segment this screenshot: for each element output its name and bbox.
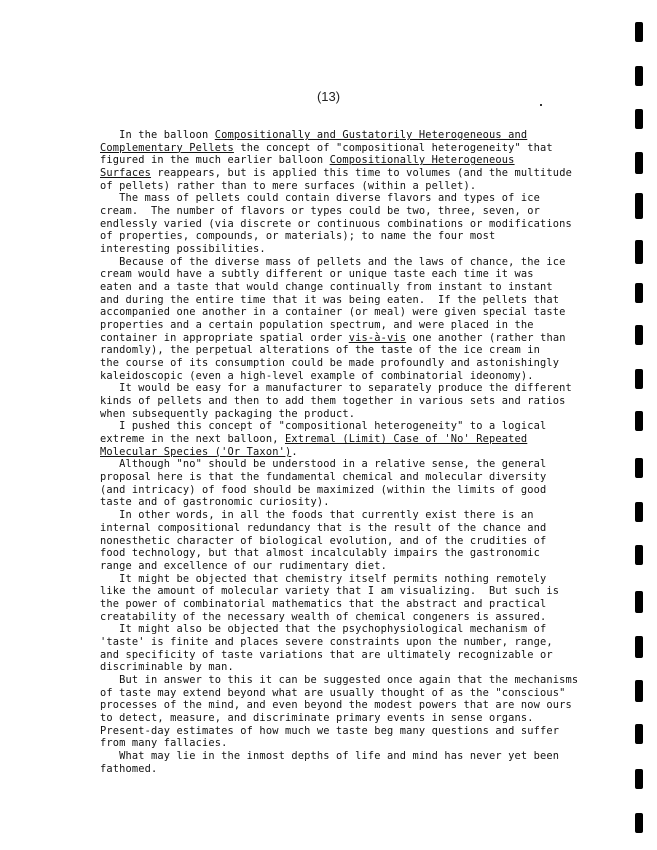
text-run: reappears, but is applied this time to v… xyxy=(151,167,572,179)
edge-mark xyxy=(635,813,643,833)
text-run: like the amount of molecular variety tha… xyxy=(100,585,559,597)
text-line: In other words, in all the foods that cu… xyxy=(100,509,600,522)
text-line: I pushed this concept of "compositional … xyxy=(100,420,600,433)
text-run: from many fallacies. xyxy=(100,737,228,749)
text-line: figured in the much earlier balloon Comp… xyxy=(100,154,600,167)
text-line: the power of combinatorial mathematics t… xyxy=(100,598,600,611)
text-line: kinds of pellets and then to add them to… xyxy=(100,395,600,408)
text-run: processes of the mind, and even beyond t… xyxy=(100,699,572,711)
edge-mark xyxy=(635,591,643,613)
edge-mark xyxy=(635,458,643,478)
text-line: It might be objected that chemistry itse… xyxy=(100,573,600,586)
text-run: 'taste' is finite and places severe cons… xyxy=(100,636,553,648)
text-run: of taste may extend beyond what are usua… xyxy=(100,687,566,699)
text-run: the course of its consumption could be m… xyxy=(100,357,559,369)
document-body: In the balloon Compositionally and Gusta… xyxy=(100,129,600,775)
text-run: interesting possibilities. xyxy=(100,243,266,255)
text-line: container in appropriate spatial order v… xyxy=(100,332,600,345)
text-run: accompanied one another in a container (… xyxy=(100,306,566,318)
text-run: fathomed. xyxy=(100,763,157,775)
text-run: of pellets) rather than to mere surfaces… xyxy=(100,180,476,192)
edge-mark xyxy=(635,66,643,86)
text-line: Present-day estimates of how much we tas… xyxy=(100,725,600,738)
text-run: of properties, compounds, or materials);… xyxy=(100,230,495,242)
text-line: In the balloon Compositionally and Gusta… xyxy=(100,129,600,142)
text-line: range and excellence of our rudimentary … xyxy=(100,560,600,573)
text-run: (and intricacy) of food should be maximi… xyxy=(100,484,546,496)
edge-mark xyxy=(635,680,643,702)
text-line: Surfaces reappears, but is applied this … xyxy=(100,167,600,180)
text-run: What may lie in the inmost depths of lif… xyxy=(100,750,559,762)
text-run: Although "no" should be understood in a … xyxy=(100,458,546,470)
text-run: Because of the diverse mass of pellets a… xyxy=(100,256,566,268)
text-line: The mass of pellets could contain divers… xyxy=(100,192,600,205)
edge-mark xyxy=(635,636,643,658)
edge-mark xyxy=(635,369,643,389)
text-run: figured in the much earlier balloon xyxy=(100,154,330,166)
text-run: extreme in the next balloon, xyxy=(100,433,285,445)
edge-mark xyxy=(635,325,643,345)
text-line: fathomed. xyxy=(100,763,600,776)
text-run: the power of combinatorial mathematics t… xyxy=(100,598,546,610)
underlined-title: Extremal (Limit) Case of 'No' Repeated xyxy=(285,433,527,445)
text-run: range and excellence of our rudimentary … xyxy=(100,560,387,572)
text-run: one another (rather than xyxy=(406,332,565,344)
edge-mark xyxy=(635,724,643,744)
text-line: like the amount of molecular variety tha… xyxy=(100,585,600,598)
text-line: Molecular Species ('Or Taxon'). xyxy=(100,446,600,459)
underlined-title: Molecular Species ('Or Taxon') xyxy=(100,446,291,458)
text-line: and specificity of taste variations that… xyxy=(100,649,600,662)
edge-mark xyxy=(635,240,643,264)
text-run: food technology, but that almost incalcu… xyxy=(100,547,540,559)
text-run: randomly), the perpetual alterations of … xyxy=(100,344,540,356)
edge-mark xyxy=(635,193,643,219)
text-line: when subsequently packaging the product. xyxy=(100,408,600,421)
text-line: of taste may extend beyond what are usua… xyxy=(100,687,600,700)
stray-mark xyxy=(540,104,542,106)
binding-edge-marks xyxy=(633,0,653,850)
text-run: In the balloon xyxy=(100,129,215,141)
text-line: Although "no" should be understood in a … xyxy=(100,458,600,471)
text-line: endlessly varied (via discrete or contin… xyxy=(100,218,600,231)
underlined-title: Complementary Pellets xyxy=(100,142,234,154)
text-run: endlessly varied (via discrete or contin… xyxy=(100,218,572,230)
edge-mark xyxy=(635,283,643,303)
text-run: The mass of pellets could contain divers… xyxy=(100,192,540,204)
edge-mark xyxy=(635,545,643,565)
edge-mark xyxy=(635,109,643,129)
text-line: proposal here is that the fundamental ch… xyxy=(100,471,600,484)
text-line: Because of the diverse mass of pellets a… xyxy=(100,256,600,269)
underlined-title: vis-à-vis xyxy=(349,332,406,344)
text-line: accompanied one another in a container (… xyxy=(100,306,600,319)
text-line: of properties, compounds, or materials);… xyxy=(100,230,600,243)
text-run: kinds of pellets and then to add them to… xyxy=(100,395,566,407)
text-run: taste and of gastronomic curiosity). xyxy=(100,496,330,508)
edge-mark xyxy=(635,411,643,431)
text-line: eaten and a taste that would change cont… xyxy=(100,281,600,294)
text-run: to detect, measure, and discriminate pri… xyxy=(100,712,534,724)
text-run: discriminable by man. xyxy=(100,661,234,673)
underlined-title: Compositionally and Gustatorily Heteroge… xyxy=(215,129,528,141)
edge-mark xyxy=(635,152,643,174)
text-line: Complementary Pellets the concept of "co… xyxy=(100,142,600,155)
text-run: In other words, in all the foods that cu… xyxy=(100,509,534,521)
text-line: of pellets) rather than to mere surfaces… xyxy=(100,180,600,193)
underlined-title: Compositionally Heterogeneous xyxy=(330,154,515,166)
text-line: nonesthetic character of biological evol… xyxy=(100,535,600,548)
text-run: cream would have a subtly different or u… xyxy=(100,268,534,280)
text-line: 'taste' is finite and places severe cons… xyxy=(100,636,600,649)
text-line: interesting possibilities. xyxy=(100,243,600,256)
text-line: extreme in the next balloon, Extremal (L… xyxy=(100,433,600,446)
text-run: But in answer to this it can be suggeste… xyxy=(100,674,578,686)
edge-mark xyxy=(635,502,643,522)
text-run: It would be easy for a manufacturer to s… xyxy=(100,382,572,394)
text-line: cream would have a subtly different or u… xyxy=(100,268,600,281)
text-line: What may lie in the inmost depths of lif… xyxy=(100,750,600,763)
text-run: nonesthetic character of biological evol… xyxy=(100,535,546,547)
text-line: randomly), the perpetual alterations of … xyxy=(100,344,600,357)
text-line: (and intricacy) of food should be maximi… xyxy=(100,484,600,497)
text-run: proposal here is that the fundamental ch… xyxy=(100,471,546,483)
text-run: kaleidoscopic (even a high-level example… xyxy=(100,370,534,382)
text-line: creatability of the necessary wealth of … xyxy=(100,611,600,624)
text-run: cream. The number of flavors or types co… xyxy=(100,205,540,217)
text-run: internal compositional redundancy that i… xyxy=(100,522,546,534)
text-run: Present-day estimates of how much we tas… xyxy=(100,725,559,737)
underlined-title: Surfaces xyxy=(100,167,151,179)
edge-mark xyxy=(635,769,643,789)
text-line: cream. The number of flavors or types co… xyxy=(100,205,600,218)
text-line: processes of the mind, and even beyond t… xyxy=(100,699,600,712)
edge-mark xyxy=(635,22,643,42)
text-run: the concept of "compositional heterogene… xyxy=(234,142,553,154)
page-number: (13) xyxy=(0,89,657,104)
text-run: It might also be objected that the psych… xyxy=(100,623,546,635)
text-line: to detect, measure, and discriminate pri… xyxy=(100,712,600,725)
text-run: . xyxy=(291,446,297,458)
text-run: container in appropriate spatial order xyxy=(100,332,349,344)
text-line: kaleidoscopic (even a high-level example… xyxy=(100,370,600,383)
text-line: But in answer to this it can be suggeste… xyxy=(100,674,600,687)
text-line: the course of its consumption could be m… xyxy=(100,357,600,370)
text-run: eaten and a taste that would change cont… xyxy=(100,281,553,293)
text-line: and during the entire time that it was b… xyxy=(100,294,600,307)
text-line: internal compositional redundancy that i… xyxy=(100,522,600,535)
text-run: creatability of the necessary wealth of … xyxy=(100,611,546,623)
text-run: and specificity of taste variations that… xyxy=(100,649,553,661)
text-line: properties and a certain population spec… xyxy=(100,319,600,332)
text-line: from many fallacies. xyxy=(100,737,600,750)
text-run: It might be objected that chemistry itse… xyxy=(100,573,546,585)
text-line: It would be easy for a manufacturer to s… xyxy=(100,382,600,395)
text-run: properties and a certain population spec… xyxy=(100,319,534,331)
text-line: taste and of gastronomic curiosity). xyxy=(100,496,600,509)
text-line: discriminable by man. xyxy=(100,661,600,674)
text-run: when subsequently packaging the product. xyxy=(100,408,355,420)
text-line: food technology, but that almost incalcu… xyxy=(100,547,600,560)
text-line: It might also be objected that the psych… xyxy=(100,623,600,636)
text-run: and during the entire time that it was b… xyxy=(100,294,559,306)
text-run: I pushed this concept of "compositional … xyxy=(100,420,546,432)
